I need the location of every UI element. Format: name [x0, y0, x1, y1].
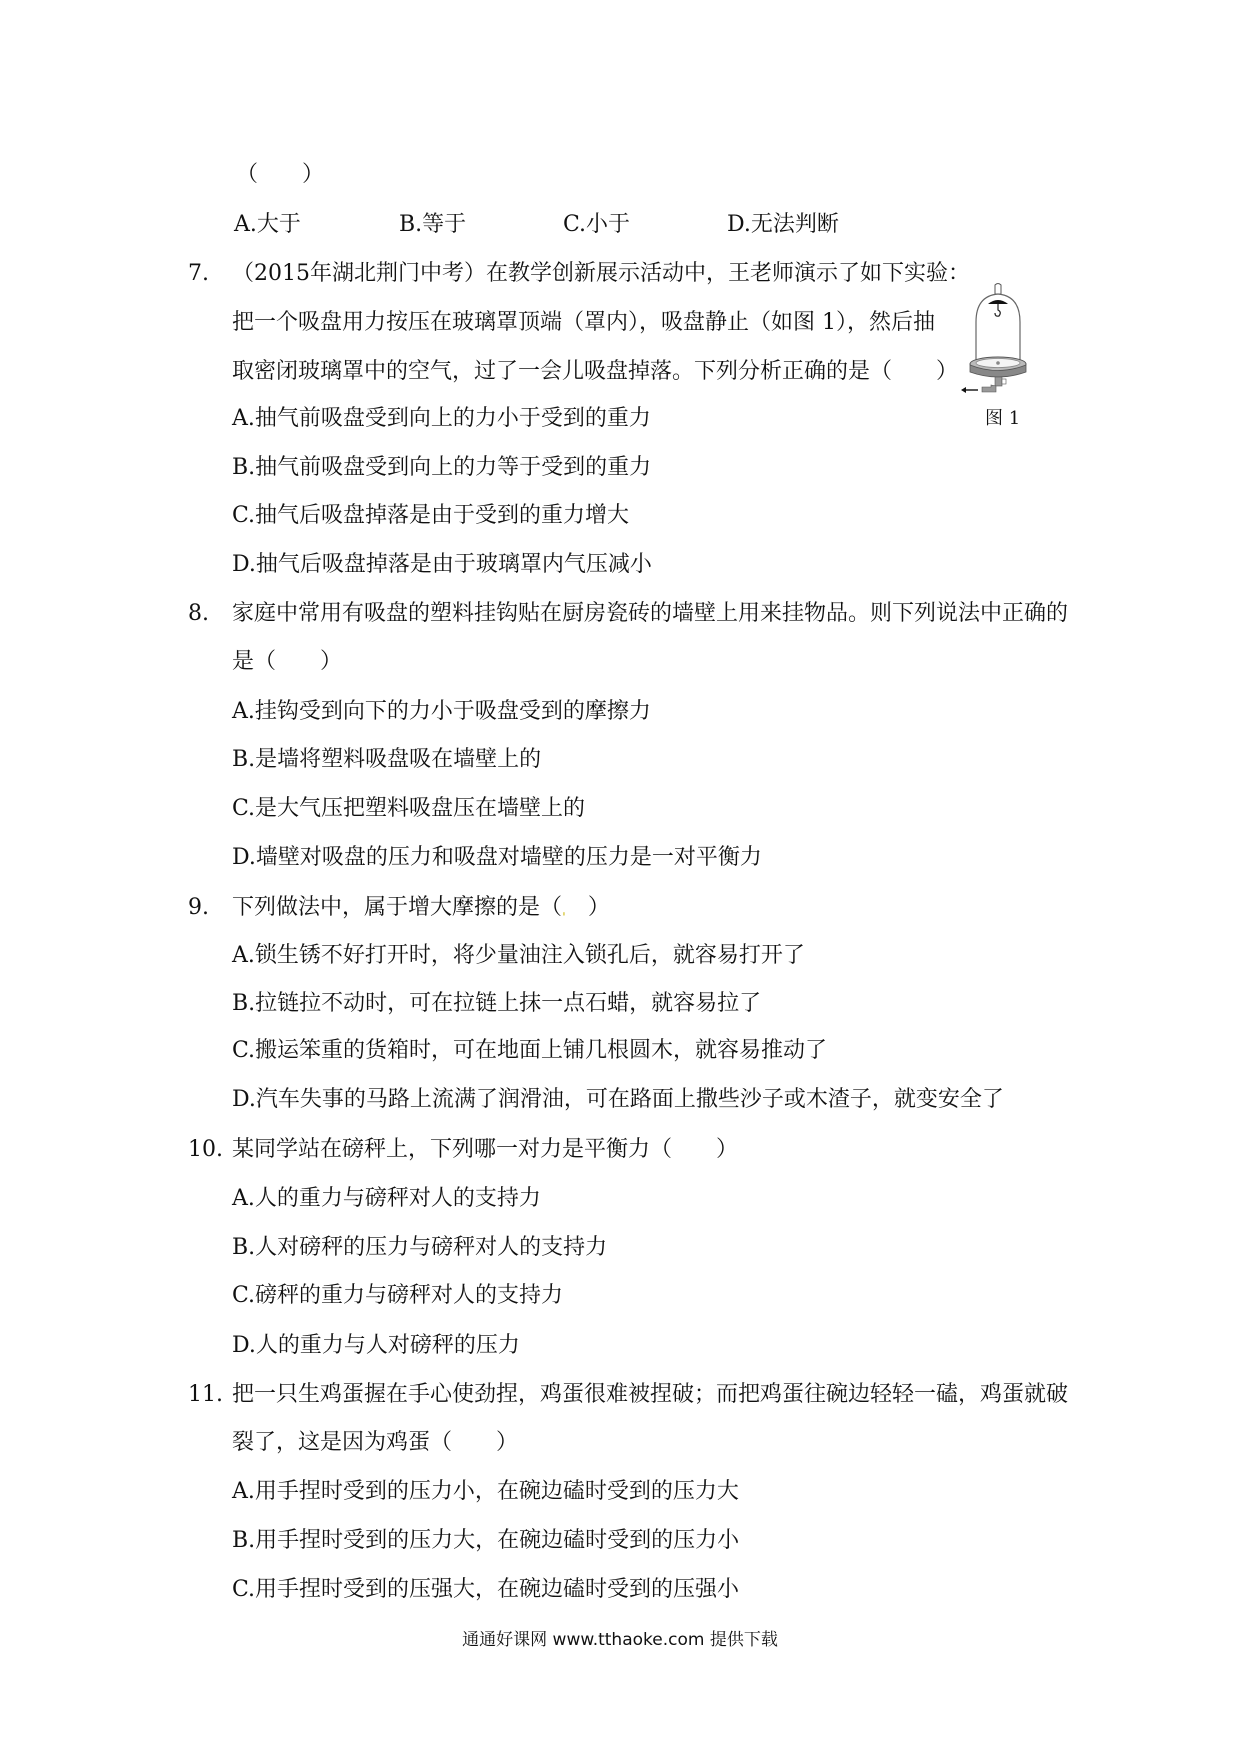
question-stem: 家庭中常用有吸盘的塑料挂钩贴在厨房瓷砖的墙壁上用来挂物品。则下列说法中正确的 — [232, 599, 1068, 629]
question-number: 10. — [188, 1135, 223, 1165]
question-number: 11. — [188, 1380, 223, 1410]
stem-blank-end: ） — [566, 895, 610, 920]
option-text: C.用手捏时受到的压强大，在碗边磕时受到的压强小 — [232, 1575, 739, 1605]
question-stem: （2015年湖北荆门中考）在教学创新展示活动中，王老师演示了如下实验： — [232, 259, 970, 289]
option-text: A.锁生锈不好打开时，将少量油注入锁孔后，就容易打开了 — [232, 941, 805, 971]
page-footer-watermark: 通通好课网 www.tthaoke.com 提供下载 — [0, 1626, 1240, 1654]
option-text: B.人对磅秤的压力与磅秤对人的支持力 — [232, 1233, 607, 1263]
question-stem: 是（ ） — [232, 647, 342, 677]
option-text: B.用手捏时受到的压力大，在碗边磕时受到的压力小 — [232, 1526, 739, 1556]
q6-option-d: D.无法判断 — [727, 210, 839, 240]
option-text: C.搬运笨重的货箱时，可在地面上铺几根圆木，就容易推动了 — [232, 1036, 827, 1066]
answer-blank: （ ） — [236, 160, 324, 190]
option-text: A.抽气前吸盘受到向上的力小于受到的重力 — [232, 404, 651, 434]
figure-1-caption: 图 1 — [985, 404, 1020, 434]
option-text: A.挂钩受到向下的力小于吸盘受到的摩擦力 — [232, 697, 651, 727]
question-number: 8. — [188, 599, 209, 629]
question-number: 9. — [188, 893, 209, 923]
question-stem: 把一只生鸡蛋握在手心使劲捏，鸡蛋很难被捏破；而把鸡蛋往碗边轻轻一磕，鸡蛋就破 — [232, 1380, 1068, 1410]
option-text: D.抽气后吸盘掉落是由于玻璃罩内气压减小 — [232, 550, 652, 580]
question-stem: 取密闭玻璃罩中的空气，过了一会儿吸盘掉落。下列分析正确的是（ ） — [232, 357, 958, 387]
q6-option-a: A.大于 — [234, 210, 301, 240]
option-text: B.拉链拉不动时，可在拉链上抹一点石蜡，就容易拉了 — [232, 989, 761, 1019]
bell-jar-suction-cup-icon — [958, 282, 1038, 402]
question-stem: 某同学站在磅秤上，下列哪一对力是平衡力（ ） — [232, 1135, 738, 1165]
option-text: D.人的重力与人对磅秤的压力 — [232, 1331, 520, 1361]
question-stem: 把一个吸盘用力按压在玻璃罩顶端（罩内），吸盘静止（如图 1），然后抽 — [232, 308, 935, 338]
question-stem: 裂了，这是因为鸡蛋（ ） — [232, 1428, 518, 1458]
question-number: 7. — [188, 259, 209, 289]
q6-option-c: C.小于 — [563, 210, 630, 240]
option-text: C.抽气后吸盘掉落是由于受到的重力增大 — [232, 501, 629, 531]
question-stem: 下列做法中，属于增大摩擦的是（ˌ ） — [232, 893, 610, 925]
option-text: C.磅秤的重力与磅秤对人的支持力 — [232, 1281, 563, 1311]
option-text: D.墙壁对吸盘的压力和吸盘对墙壁的压力是一对平衡力 — [232, 843, 762, 873]
option-text: D.汽车失事的马路上流满了润滑油，可在路面上撒些沙子或木渣子，就变安全了 — [232, 1085, 1004, 1115]
option-text: B.是墙将塑料吸盘吸在墙壁上的 — [232, 745, 541, 775]
option-text: A.人的重力与磅秤对人的支持力 — [232, 1184, 541, 1214]
option-text: A.用手捏时受到的压力小，在碗边磕时受到的压力大 — [232, 1477, 739, 1507]
option-text: B.抽气前吸盘受到向上的力等于受到的重力 — [232, 453, 651, 483]
stem-text: 下列做法中，属于增大摩擦的是（ — [232, 895, 562, 920]
option-text: C.是大气压把塑料吸盘压在墙壁上的 — [232, 794, 585, 824]
q6-option-b: B.等于 — [399, 210, 466, 240]
